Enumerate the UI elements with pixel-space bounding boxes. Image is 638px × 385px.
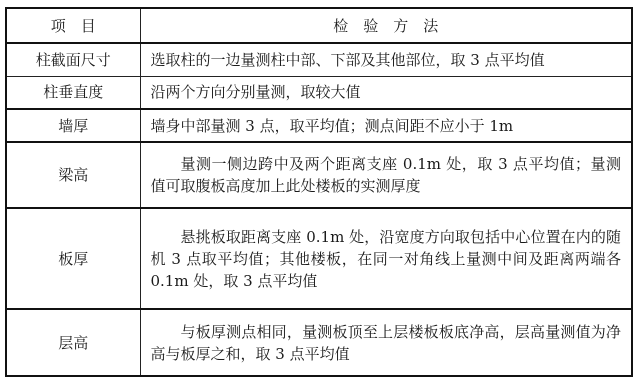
item-cell: 层高 xyxy=(6,309,140,376)
item-cell: 板厚 xyxy=(6,208,140,309)
table-row: 柱截面尺寸 选取柱的一边量测柱中部、下部及其他部位，取 3 点平均值 xyxy=(6,43,632,76)
table-row: 板厚 悬挑板取距离支座 0.1m 处，沿宽度方向取包括中心位置在内的随机 3 点… xyxy=(6,208,632,309)
method-cell: 与板厚测点相同，量测板顶至上层楼板板底净高，层高量测值为净高与板厚之和，取 3 … xyxy=(140,309,632,376)
method-cell: 墙身中部量测 3 点，取平均值；测点间距不应小于 1m xyxy=(140,109,632,142)
method-cell: 量测一侧边跨中及两个距离支座 0.1m 处，取 3 点平均值；量测值可取腹板高度… xyxy=(140,142,632,208)
inspection-method-table: 项 目 检 验 方 法 柱截面尺寸 选取柱的一边量测柱中部、下部及其他部位，取 … xyxy=(5,7,633,377)
table-header-row: 项 目 检 验 方 法 xyxy=(6,8,632,43)
item-cell: 梁高 xyxy=(6,142,140,208)
method-cell: 悬挑板取距离支座 0.1m 处，沿宽度方向取包括中心位置在内的随机 3 点取平均… xyxy=(140,208,632,309)
item-cell: 柱截面尺寸 xyxy=(6,43,140,76)
header-item: 项 目 xyxy=(6,8,140,43)
header-method: 检 验 方 法 xyxy=(140,8,632,43)
table-row: 层高 与板厚测点相同，量测板顶至上层楼板板底净高，层高量测值为净高与板厚之和，取… xyxy=(6,309,632,376)
method-cell: 选取柱的一边量测柱中部、下部及其他部位，取 3 点平均值 xyxy=(140,43,632,76)
table-row: 墙厚 墙身中部量测 3 点，取平均值；测点间距不应小于 1m xyxy=(6,109,632,142)
item-cell: 柱垂直度 xyxy=(6,76,140,109)
table-row: 柱垂直度 沿两个方向分别量测，取较大值 xyxy=(6,76,632,109)
method-cell: 沿两个方向分别量测，取较大值 xyxy=(140,76,632,109)
item-cell: 墙厚 xyxy=(6,109,140,142)
table-row: 梁高 量测一侧边跨中及两个距离支座 0.1m 处，取 3 点平均值；量测值可取腹… xyxy=(6,142,632,208)
